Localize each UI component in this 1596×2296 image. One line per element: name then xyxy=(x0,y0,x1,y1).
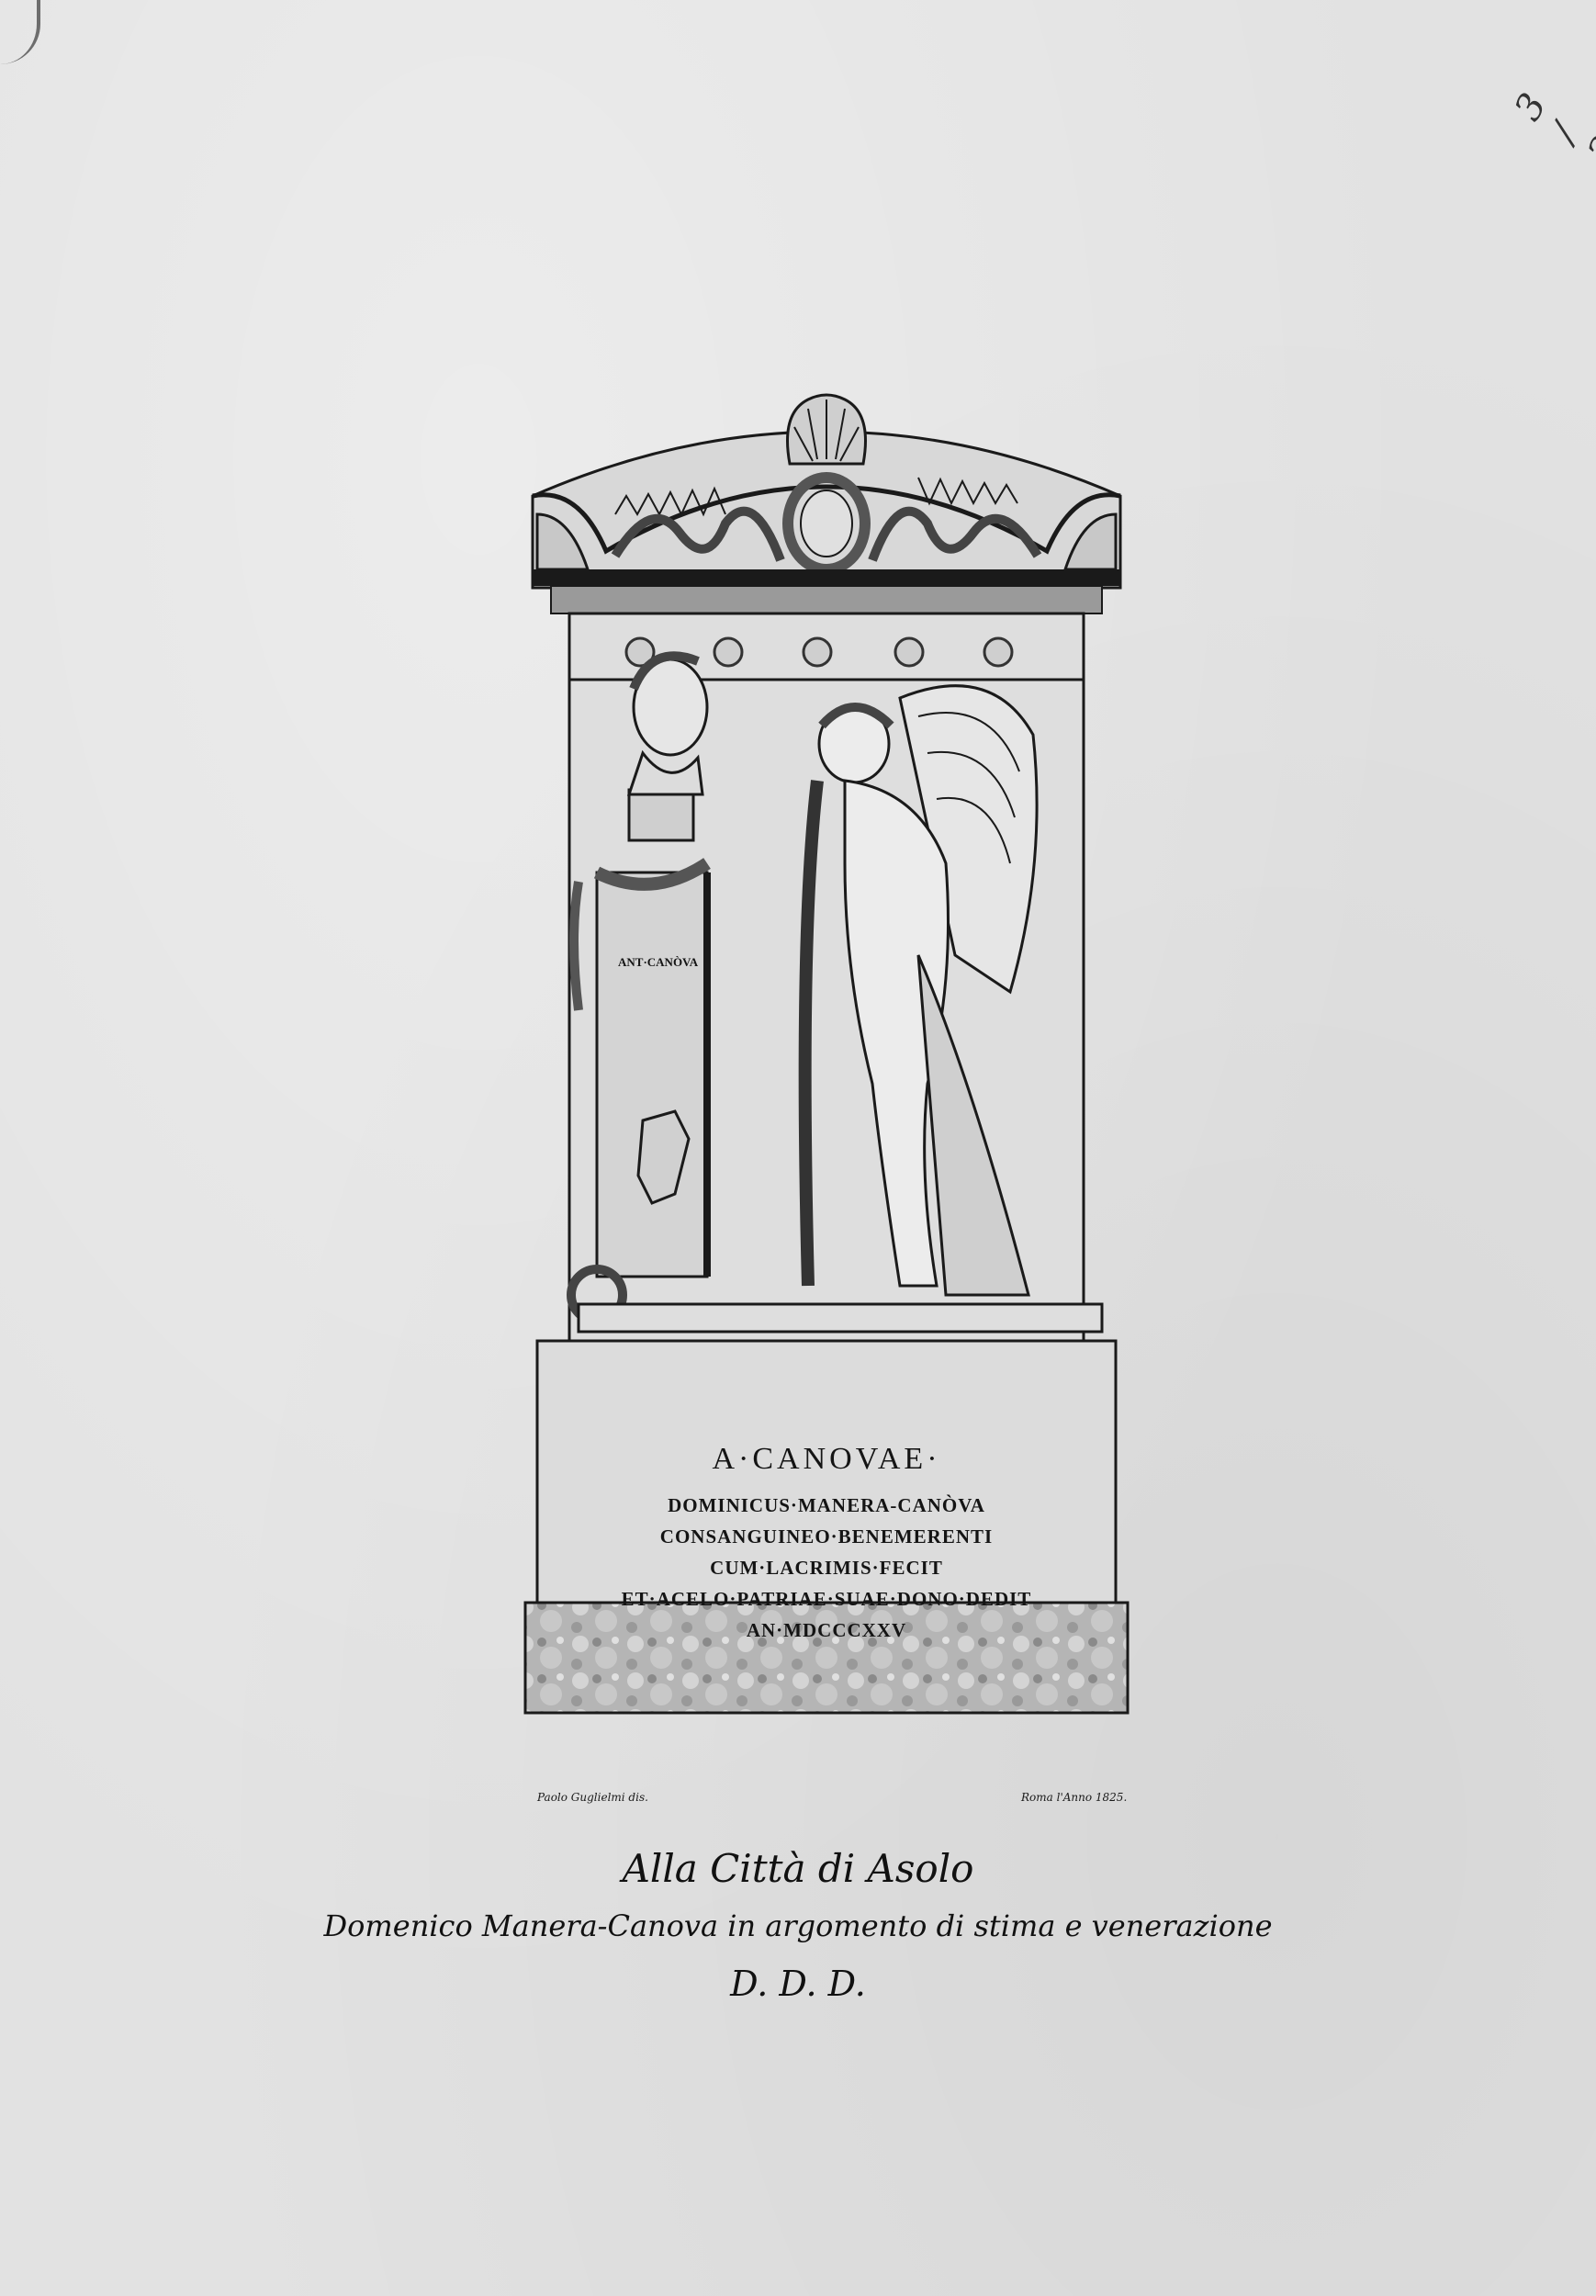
monument-inscription: A·CANOVAE· DOMINICUS·MANERA-CANÒVA CONSA… xyxy=(542,1442,1111,1646)
dedication-line-1: Alla Città di Asolo xyxy=(0,1846,1596,1891)
inscription-line: AN·MDCCCXXV xyxy=(542,1615,1111,1646)
pediment xyxy=(533,395,1120,588)
inscription-line: ET·ACELO·PATRIAE·SUAE·DONO·DEDIT xyxy=(542,1583,1111,1615)
inscription-line: CUM·LACRIMIS·FECIT xyxy=(542,1552,1111,1583)
cornice-band xyxy=(533,569,1120,586)
place-date-credit: Roma l'Anno 1825. xyxy=(1021,1791,1127,1804)
palmette-ornament xyxy=(788,395,866,464)
egg-dart-molding xyxy=(551,586,1102,613)
inscription-line: CONSANGUINEO·BENEMERENTI xyxy=(542,1521,1111,1552)
artist-credit: Paolo Guglielmi dis. xyxy=(537,1791,648,1804)
relief-ledge xyxy=(579,1304,1102,1332)
inscription-title: A·CANOVAE· xyxy=(542,1442,1111,1477)
dedication-line-2: Domenico Manera-Canova in argomento di s… xyxy=(0,1908,1596,1943)
dedication-line-3: D. D. D. xyxy=(0,1964,1596,2004)
inscription-line: DOMINICUS·MANERA-CANÒVA xyxy=(542,1490,1111,1521)
bust-plaque-text: ANT·CANÒVA xyxy=(618,955,698,970)
